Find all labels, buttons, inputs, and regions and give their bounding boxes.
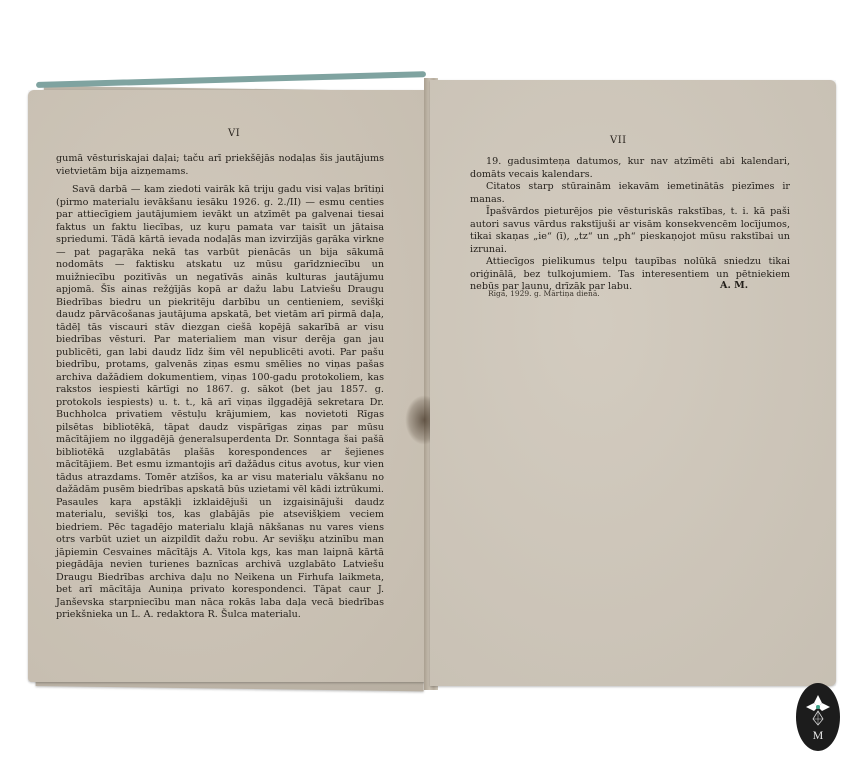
left-page: VI gumā vēsturiskajai daļai; taču arī pr…	[28, 90, 431, 682]
author-signature: A. M.	[720, 280, 748, 291]
diamond-flower-icon: M	[796, 683, 840, 751]
svg-text:M: M	[813, 728, 824, 742]
watermark-logo: M	[796, 683, 840, 751]
cover-edge	[36, 71, 426, 88]
paragraph: Īpašvārdos pieturējos pie vēsturiskās ra…	[470, 206, 790, 256]
right-page: VII 19. gadusimteņa datumos, kur nav atz…	[430, 80, 836, 686]
paragraph: Citatos starp stūrainām iekavām iemetinā…	[470, 181, 790, 206]
paragraph: Savā darbā — kam ziedoti vairāk kā triju…	[56, 184, 384, 622]
paragraph: gumā vēsturiskajai daļai; taču arī priek…	[56, 153, 384, 178]
dateline: Rīgā, 1929. g. Mārtiņa dienā.	[488, 289, 600, 298]
left-page-text: gumā vēsturiskajai daļai; taču arī priek…	[56, 153, 384, 622]
page-number-right: VII	[610, 135, 627, 146]
page-number-left: VI	[228, 128, 240, 139]
right-page-text: 19. gadusimteņa datumos, kur nav atzīmēt…	[470, 156, 790, 294]
paragraph: 19. gadusimteņa datumos, kur nav atzīmēt…	[470, 156, 790, 181]
